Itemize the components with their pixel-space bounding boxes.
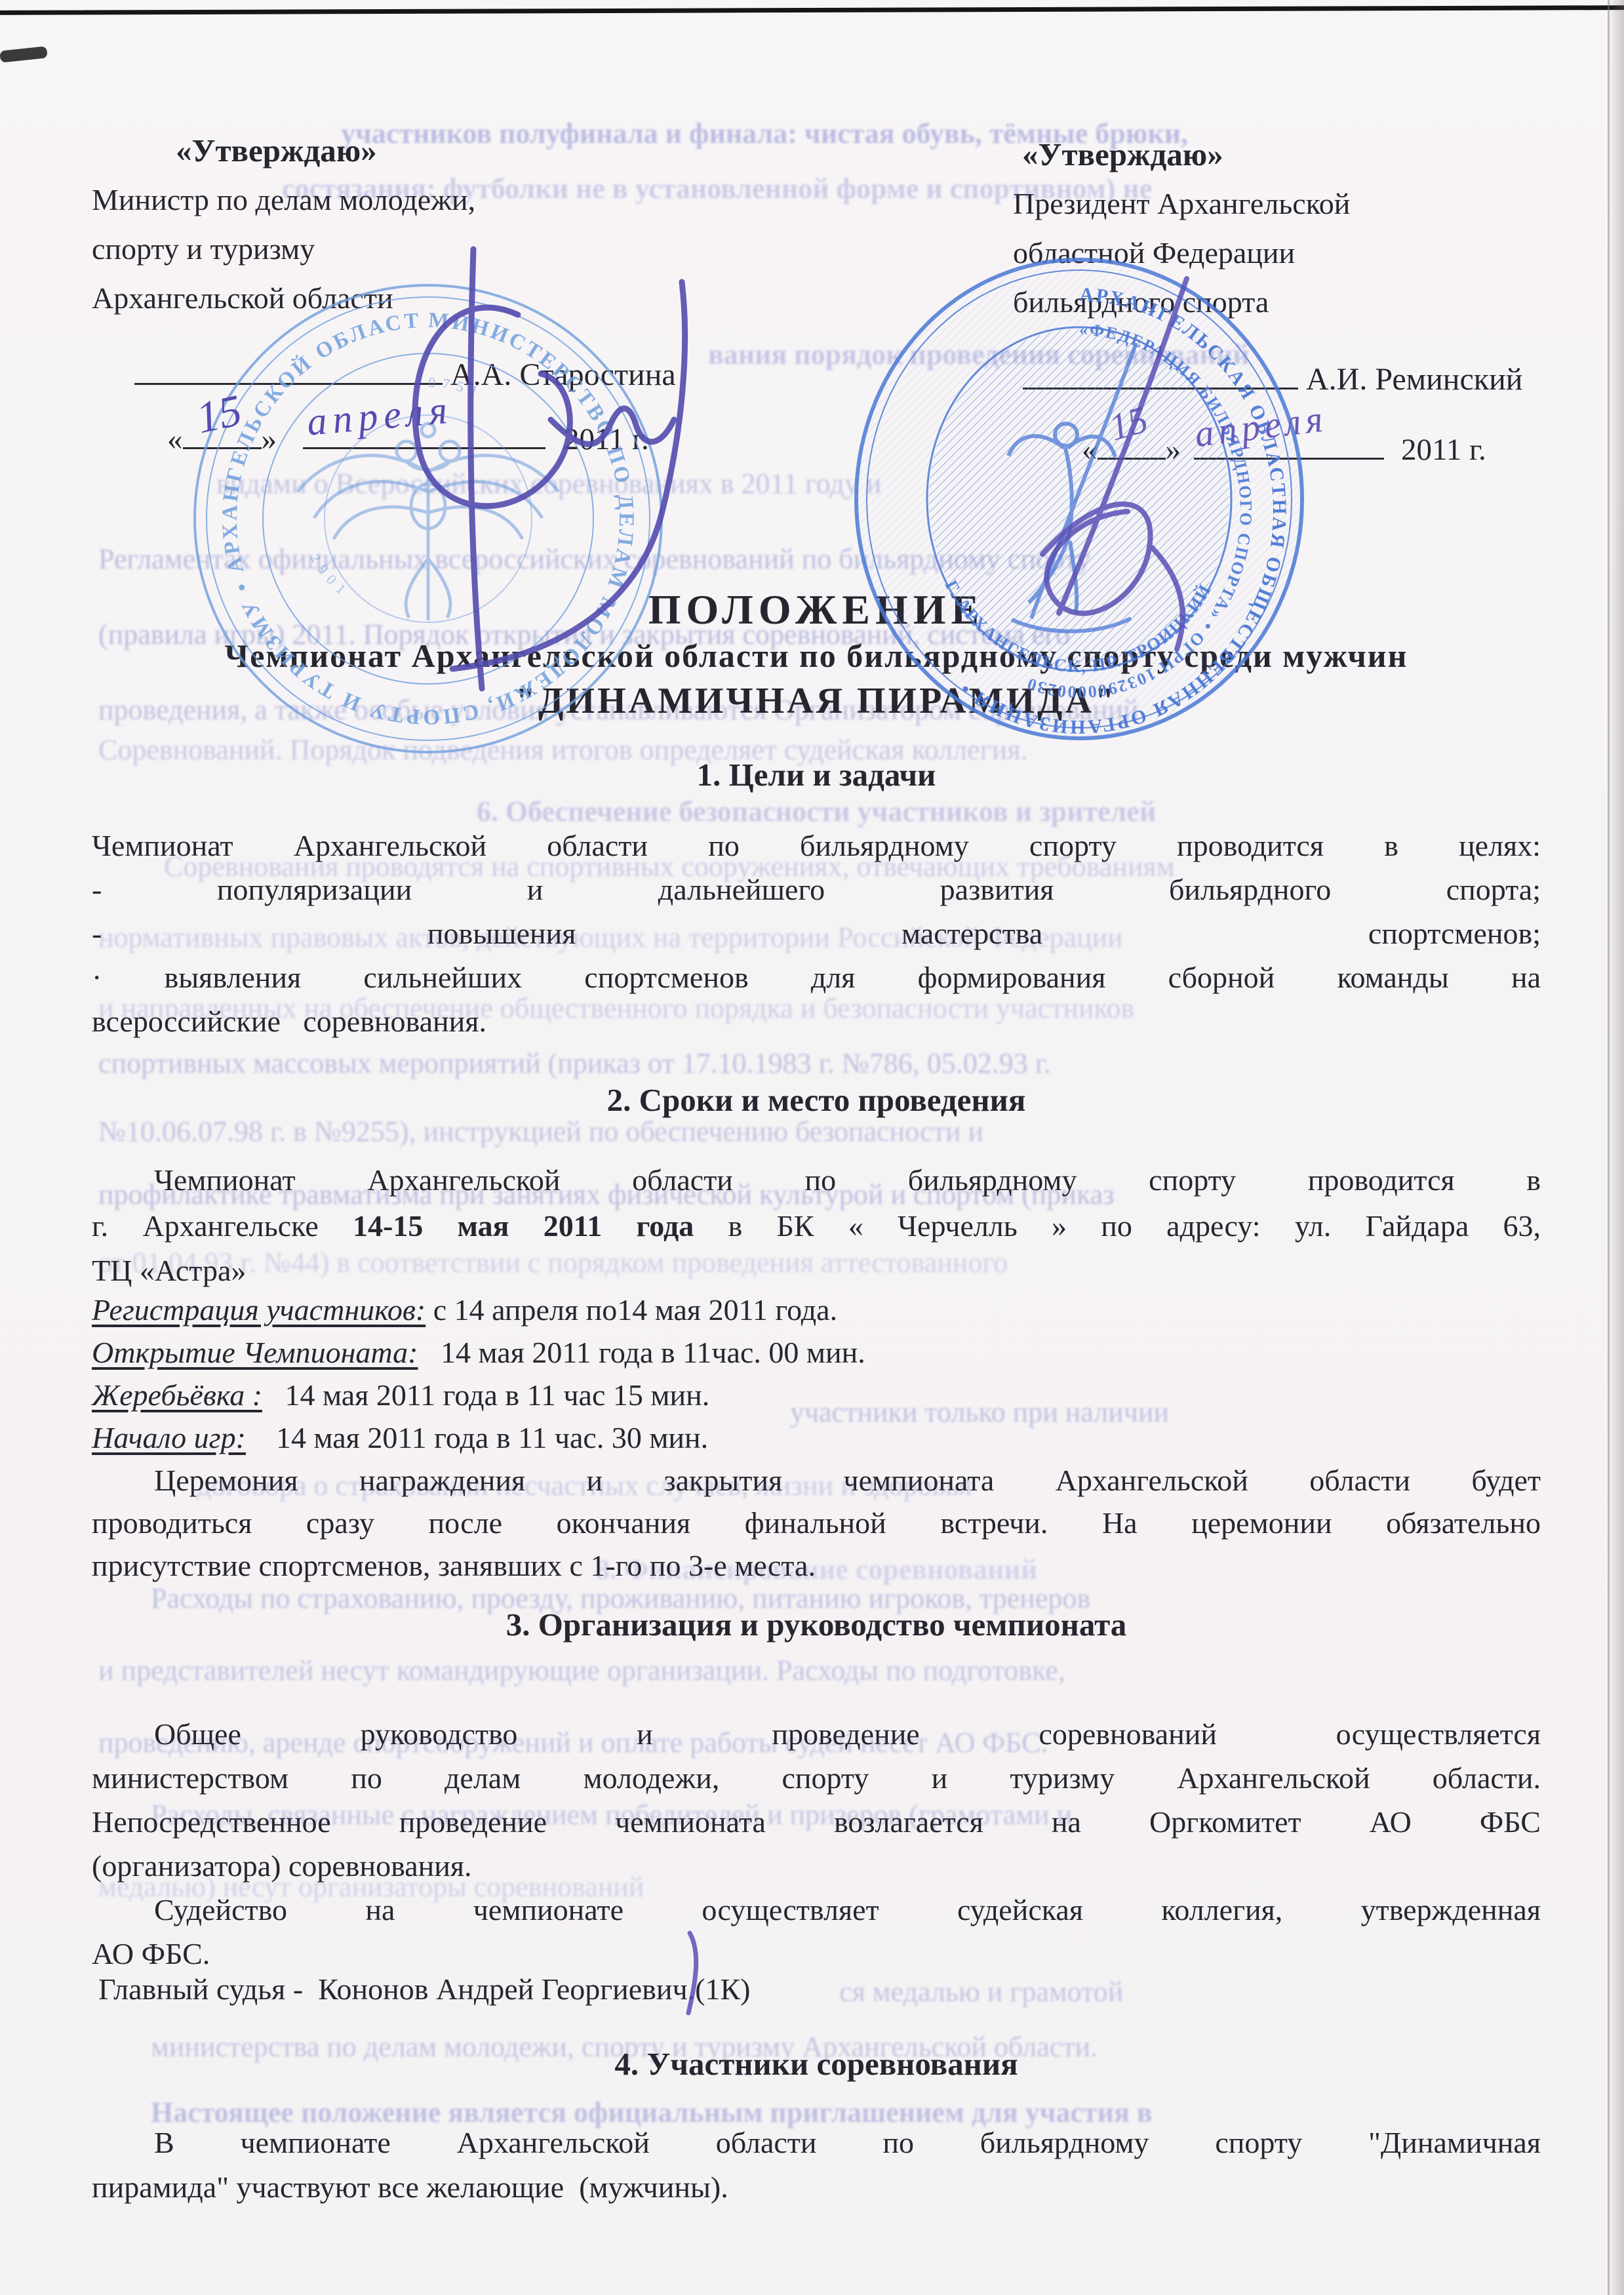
doc-line: г. Архангельске 14-15 мая 2011 года в БК…: [92, 1207, 1541, 1246]
doc-line: Открытие Чемпионата: 14 мая 2011 года в …: [92, 1333, 1541, 1372]
text-segment: присутствие спортсменов, занявших с 1-го…: [92, 1549, 816, 1582]
doc-line: Главный судья - Кононов Андрей Георгиеви…: [98, 1970, 1541, 2009]
doc-line: пирамида" участвуют все желающие (мужчин…: [92, 2168, 1541, 2207]
scan-right-line: [1608, 0, 1610, 2295]
text-segment: г. Архангельске: [92, 1209, 353, 1243]
text-segment: проводиться сразу после окончания финаль…: [92, 1506, 1541, 1540]
signature-right: [980, 259, 1262, 679]
text-segment: 14 мая 2011 года в 11 час 15 мин.: [262, 1378, 709, 1412]
doc-line: Судейство на чемпионате осуществляет суд…: [92, 1890, 1541, 1930]
doc-line: (организатора) соревнования.: [92, 1846, 1541, 1886]
text-segment: в БК « Черчелль » по адресу: ул. Гайдара…: [694, 1209, 1541, 1243]
spacer: [1384, 453, 1401, 460]
doc-line: присутствие спортсменов, занявших с 1-го…: [92, 1546, 1541, 1586]
text-segment: АО ФБС.: [92, 1937, 210, 1970]
text-segment: 14-15 мая 2011 года: [353, 1209, 694, 1243]
text-segment: ТЦ «Астра»: [92, 1254, 246, 1287]
text-segment: всероссийские соревнования.: [92, 1005, 486, 1038]
doc-line: проводиться сразу после окончания финаль…: [92, 1504, 1541, 1543]
doc-line: - повышения мастерства спортсменов;: [92, 914, 1541, 953]
text-segment: Чемпионат Архангельской области по билья…: [92, 829, 1541, 862]
scan-edge-line: [0, 5, 1624, 15]
text-segment: (организатора) соревнования.: [92, 1849, 472, 1883]
text-segment: В чемпионате Архангельской области по би…: [154, 2126, 1541, 2159]
doc-line: министерством по делам молодежи, спорту …: [92, 1759, 1541, 1798]
section-heading: 2. Сроки и место проведения: [92, 1081, 1541, 1120]
stamp-left-inner-bottom: 2901: [307, 551, 353, 602]
bleed-through-text: спортивных массовых мероприятий (приказ …: [98, 1047, 1051, 1080]
text-segment: 3. Организация и руководство чемпионата: [506, 1606, 1127, 1643]
approval-right-title: «Утверждаю»: [1013, 130, 1485, 179]
text-segment: Непосредственное проведение чемпионата в…: [92, 1805, 1541, 1839]
doc-line: АО ФБС.: [92, 1934, 1541, 1974]
text-segment: пирамида" участвуют все желающие (мужчин…: [92, 2170, 728, 2204]
svg-text:2901: 2901: [307, 551, 353, 602]
scan-smudge: [0, 46, 48, 62]
text-segment: Начало игр:: [92, 1421, 246, 1454]
signature-left: [354, 236, 813, 708]
text-segment: Регистрация участников:: [92, 1293, 426, 1327]
bleed-through-text: и представителей несут командирующие орг…: [98, 1654, 1065, 1687]
text-segment: Чемпионат Архангельской области по билья…: [154, 1163, 1541, 1197]
date-year-right: 2011 г.: [1401, 433, 1486, 467]
approval-right-org-line: Президент Архангельской: [1013, 179, 1485, 228]
text-segment: 4. Участники соревнования: [614, 2046, 1018, 2082]
pen-check-mark: [661, 1929, 720, 2021]
text-segment: с 14 апреля по14 мая 2011 года.: [426, 1293, 837, 1327]
text-segment: Судейство на чемпионате осуществляет суд…: [154, 1893, 1541, 1926]
approval-left-title: «Утверждаю»: [92, 126, 551, 175]
text-segment: 14 мая 2011 года в 11 час. 30 мин.: [246, 1421, 708, 1454]
scanned-document-page: участников полуфинала и финала: чистая о…: [0, 0, 1624, 2295]
doc-line: Чемпионат Архангельской области по билья…: [92, 1161, 1541, 1200]
text-segment: Общее руководство и проведение соревнова…: [154, 1717, 1541, 1751]
doc-line: Регистрация участников: с 14 апреля по14…: [92, 1290, 1541, 1330]
text-segment: · выявления сильнейших спортсменов для ф…: [92, 961, 1541, 994]
doc-line: ТЦ «Астра»: [92, 1251, 1541, 1290]
text-segment: Главный судья - Кононов Андрей Георгиеви…: [98, 1972, 750, 2006]
doc-line: Церемония награждения и закрытия чемпион…: [92, 1461, 1541, 1500]
section-heading: 4. Участники соревнования: [92, 2045, 1541, 2084]
doc-line: Чемпионат Архангельской области по билья…: [92, 826, 1541, 866]
text-segment: 14 мая 2011 года в 11час. 00 мин.: [418, 1336, 865, 1369]
doc-line: В чемпионате Архангельской области по би…: [92, 2123, 1541, 2163]
text-segment: Открытие Чемпионата:: [92, 1336, 418, 1369]
text-segment: Церемония награждения и закрытия чемпион…: [154, 1464, 1541, 1497]
doc-line: Общее руководство и проведение соревнова…: [92, 1715, 1541, 1754]
quote-open: «: [167, 422, 183, 456]
approval-left-org-line: Министр по делам молодежи,: [92, 175, 551, 224]
scan-right-shadow: [1608, 0, 1624, 2295]
doc-line: · выявления сильнейших спортсменов для ф…: [92, 958, 1541, 997]
text-segment: Жеребьёвка :: [92, 1378, 262, 1412]
doc-line: Непосредственное проведение чемпионата в…: [92, 1803, 1541, 1842]
doc-line: - популяризации и дальнейшего развития б…: [92, 870, 1541, 909]
bleed-through-text: 6. Обеспечение безопасности участников и…: [92, 795, 1541, 828]
text-segment: - повышения мастерства спортсменов;: [92, 917, 1541, 950]
text-segment: министерством по делам молодежи, спорту …: [92, 1761, 1541, 1795]
doc-line: Начало игр: 14 мая 2011 года в 11 час. 3…: [92, 1418, 1541, 1458]
doc-line: Жеребьёвка : 14 мая 2011 года в 11 час 1…: [92, 1376, 1541, 1415]
doc-line: всероссийские соревнования.: [92, 1002, 1541, 1041]
text-segment: 1. Цели и задачи: [697, 757, 936, 793]
section-heading: 3. Организация и руководство чемпионата: [92, 1605, 1541, 1645]
text-segment: - популяризации и дальнейшего развития б…: [92, 873, 1541, 906]
signer-name-right: А.И. Реминский: [1306, 362, 1522, 397]
text-segment: 2. Сроки и место проведения: [607, 1082, 1026, 1118]
